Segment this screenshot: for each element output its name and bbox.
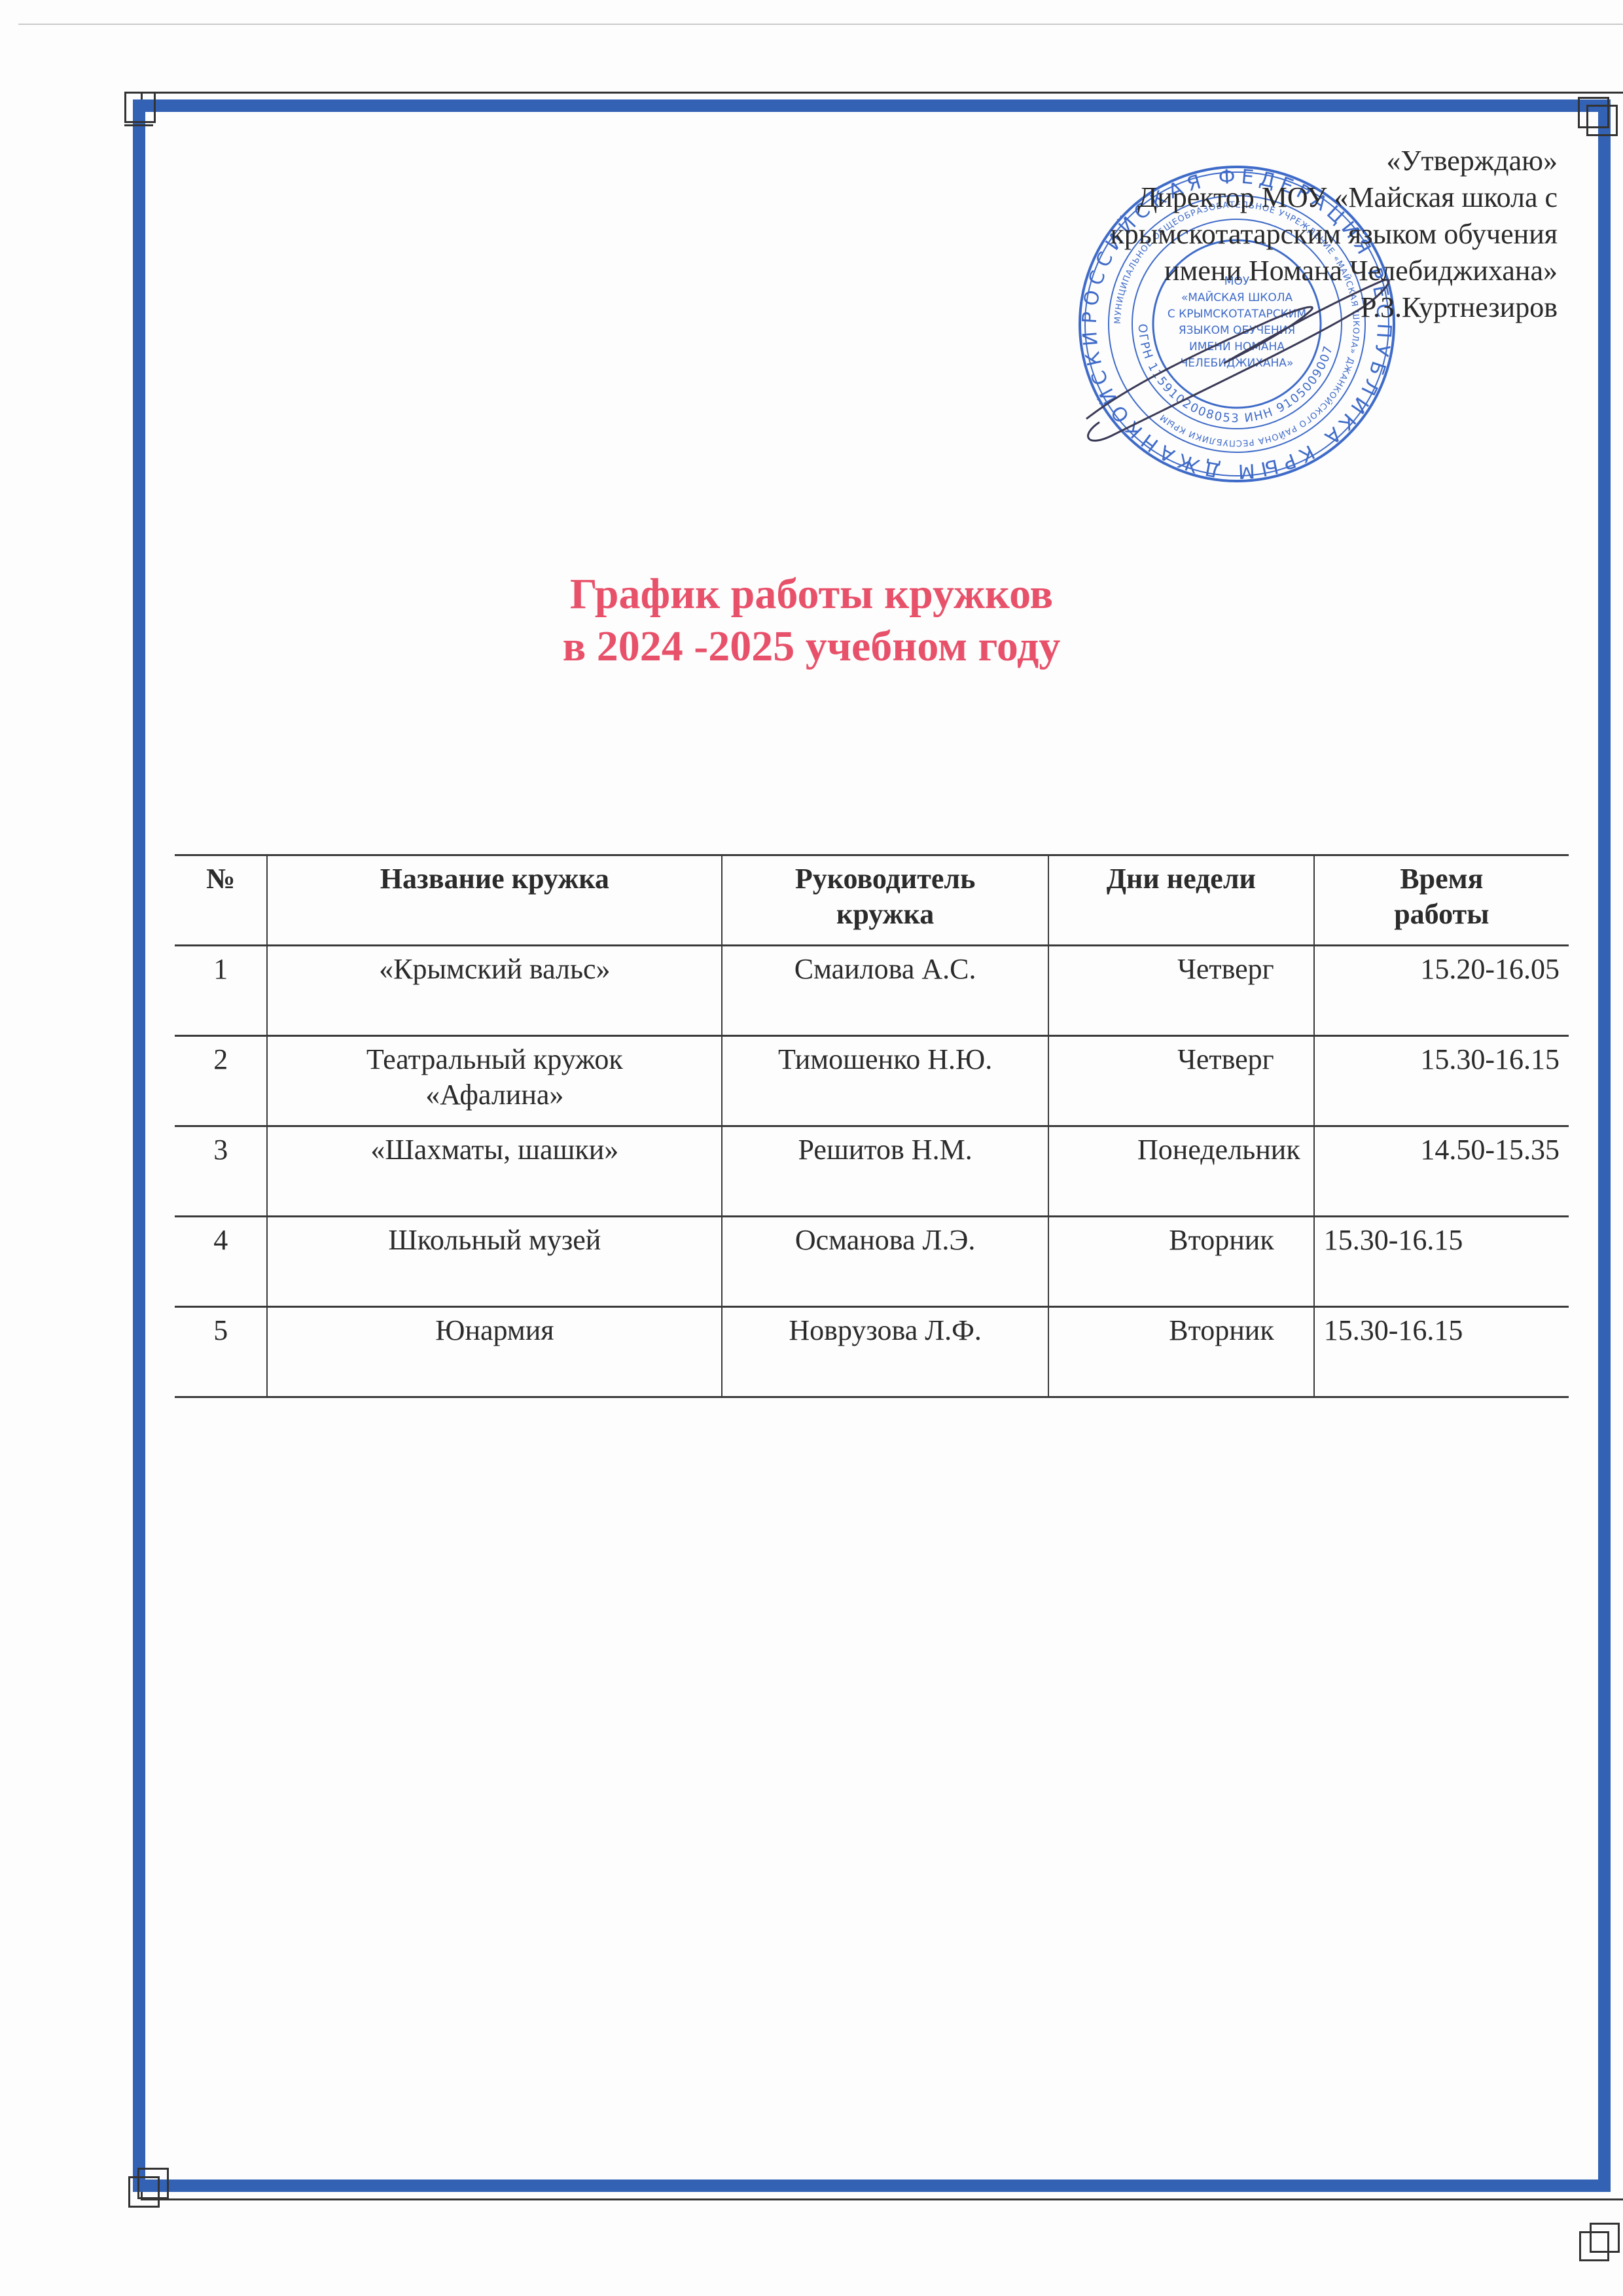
cell-time: 15.30-16.15 [1314,1217,1569,1307]
table-row: 4 Школьный музей Османова Л.Э. Вторник 1… [175,1217,1569,1307]
cell-time: 15.30-16.15 [1314,1036,1569,1126]
frame-corner-ornament [1586,105,1618,136]
cell-leader: Решитов Н.М. [722,1126,1048,1217]
table-row: 2 Театральный кружок«Афалина» Тимошенко … [175,1036,1569,1126]
clubs-schedule-table: № Название кружка Руководитель кружка Дн… [175,854,1569,1398]
cell-leader: Тимошенко Н.Ю. [722,1036,1048,1126]
cell-time: 14.50-15.35 [1314,1126,1569,1217]
frame-corner-ornament [1590,2223,1620,2253]
cell-weekday: Понедельник [1048,1126,1314,1217]
approval-heading: «Утверждаю» [969,143,1558,179]
table-row: 1 «Крымский вальс» Смаилова А.С. Четверг… [175,946,1569,1036]
cell-time: 15.20-16.05 [1314,946,1569,1036]
frame-corner-ornament [124,124,153,126]
approval-position: Директор МОУ «Майская школа с [969,179,1558,216]
title-line-2: в 2024 -2025 учебном году [0,620,1623,673]
approval-school-name-cont: имени Номана Челебиджихана» [969,253,1558,289]
svg-text:ЧЕЛЕБИДЖИХАНА»: ЧЕЛЕБИДЖИХАНА» [1181,357,1294,370]
cell-number: 2 [175,1036,267,1126]
cell-leader: Османова Л.Э. [722,1217,1048,1307]
scan-edge-line [18,24,1623,25]
approval-signatory: Р.З.Куртнезиров [969,289,1558,326]
header-working-hours: Время работы [1314,855,1569,946]
cell-number: 5 [175,1307,267,1397]
cell-weekday: Вторник [1048,1307,1314,1397]
cell-number: 1 [175,946,267,1036]
cell-number: 4 [175,1217,267,1307]
cell-time: 15.30-16.15 [1314,1307,1569,1397]
title-line-1: График работы кружков [0,568,1623,620]
header-time-line-2: работы [1320,897,1563,932]
table-row: 3 «Шахматы, шашки» Решитов Н.М. Понедель… [175,1126,1569,1217]
cell-leader: Новрузова Л.Ф. [722,1307,1048,1397]
header-club-leader: Руководитель кружка [722,855,1048,946]
header-number: № [175,855,267,946]
header-weekdays: Дни недели [1048,855,1314,946]
cell-leader: Смаилова А.С. [722,946,1048,1036]
cell-club-name: «Крымский вальс» [267,946,722,1036]
frame-corner-ornament [124,92,156,123]
cell-club-name: Театральный кружок«Афалина» [267,1036,722,1126]
document-title: График работы кружков в 2024 -2025 учебн… [0,568,1623,673]
cell-weekday: Четверг [1048,1036,1314,1126]
table-header-row: № Название кружка Руководитель кружка Дн… [175,855,1569,946]
header-leader-line-2: кружка [728,897,1043,932]
table-row: 5 Юнармия Новрузова Л.Ф. Вторник 15.30-1… [175,1307,1569,1397]
approval-school-name: крымскотатарским языком обучения [969,216,1558,253]
cell-number: 3 [175,1126,267,1217]
cell-club-name: «Шахматы, шашки» [267,1126,722,1217]
approval-block: «Утверждаю» Директор МОУ «Майская школа … [969,143,1558,326]
header-time-line-1: Время [1320,861,1563,897]
header-club-name: Название кружка [267,855,722,946]
cell-weekday: Вторник [1048,1217,1314,1307]
frame-corner-ornament [137,2168,169,2199]
header-leader-line-1: Руководитель [728,861,1043,897]
cell-club-name: Школьный музей [267,1217,722,1307]
cell-club-name: Юнармия [267,1307,722,1397]
cell-weekday: Четверг [1048,946,1314,1036]
